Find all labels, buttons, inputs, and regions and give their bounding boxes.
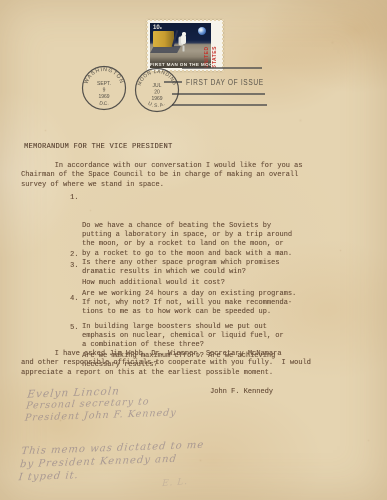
postmark-washington-day: 9: [103, 88, 106, 94]
svg-text:D.C.: D.C.: [99, 100, 110, 107]
postmark-washington-month: SEPT.: [97, 81, 111, 87]
memo-heading: MEMORANDUM FOR THE VICE PRESIDENT: [24, 143, 173, 152]
memo-opening-paragraph: In accordance with our conversation I wo…: [21, 162, 371, 190]
cancel-bar-bottom: [172, 104, 267, 106]
memo-closing-paragraph: I have asked Jim Webb, Dr. Wiesner, Secr…: [21, 350, 376, 378]
cancel-bar-top: [182, 67, 262, 69]
cancel-bar-under: [172, 93, 265, 95]
memo-item-5-number: 5.: [70, 324, 78, 333]
memo-item-4-number: 4.: [70, 295, 78, 304]
memo-signature: John F. Kennedy: [210, 388, 273, 397]
first-day-of-issue-text: FIRST DAY OF ISSUE: [186, 78, 264, 87]
annotation-secretary: Evelyn Lincoln Personal secretary to Pre…: [24, 383, 180, 424]
postmark-washington-dc: D.C.: [99, 100, 110, 107]
aged-envelope-sheet: 10c UNITED STATES FIRST MAN ON THE MOON …: [0, 0, 387, 500]
svg-text:U.S.A.: U.S.A.: [147, 101, 167, 109]
postmark-moon-landing-day: 20: [154, 90, 160, 96]
memo-item-2-number: 2.: [70, 251, 78, 260]
typed-memorandum: MEMORANDUM FOR THE VICE PRESIDENT In acc…: [0, 0, 387, 500]
postmark-moon-landing: MOON LANDING JUL 20 1969 U.S.A.: [133, 66, 181, 114]
postmark-washington: WASHINGTON SEPT. 9 1969 D.C.: [80, 64, 128, 112]
memo-item-3-number: 3.: [70, 262, 78, 271]
postmark-moon-landing-month: JUL: [153, 83, 162, 89]
postmark-moon-landing-year: 1969: [151, 96, 162, 102]
memo-item-1-number: 1.: [70, 194, 78, 203]
postmark-moon-landing-usa: U.S.A.: [147, 101, 167, 109]
postmark-washington-year: 1969: [98, 94, 109, 100]
